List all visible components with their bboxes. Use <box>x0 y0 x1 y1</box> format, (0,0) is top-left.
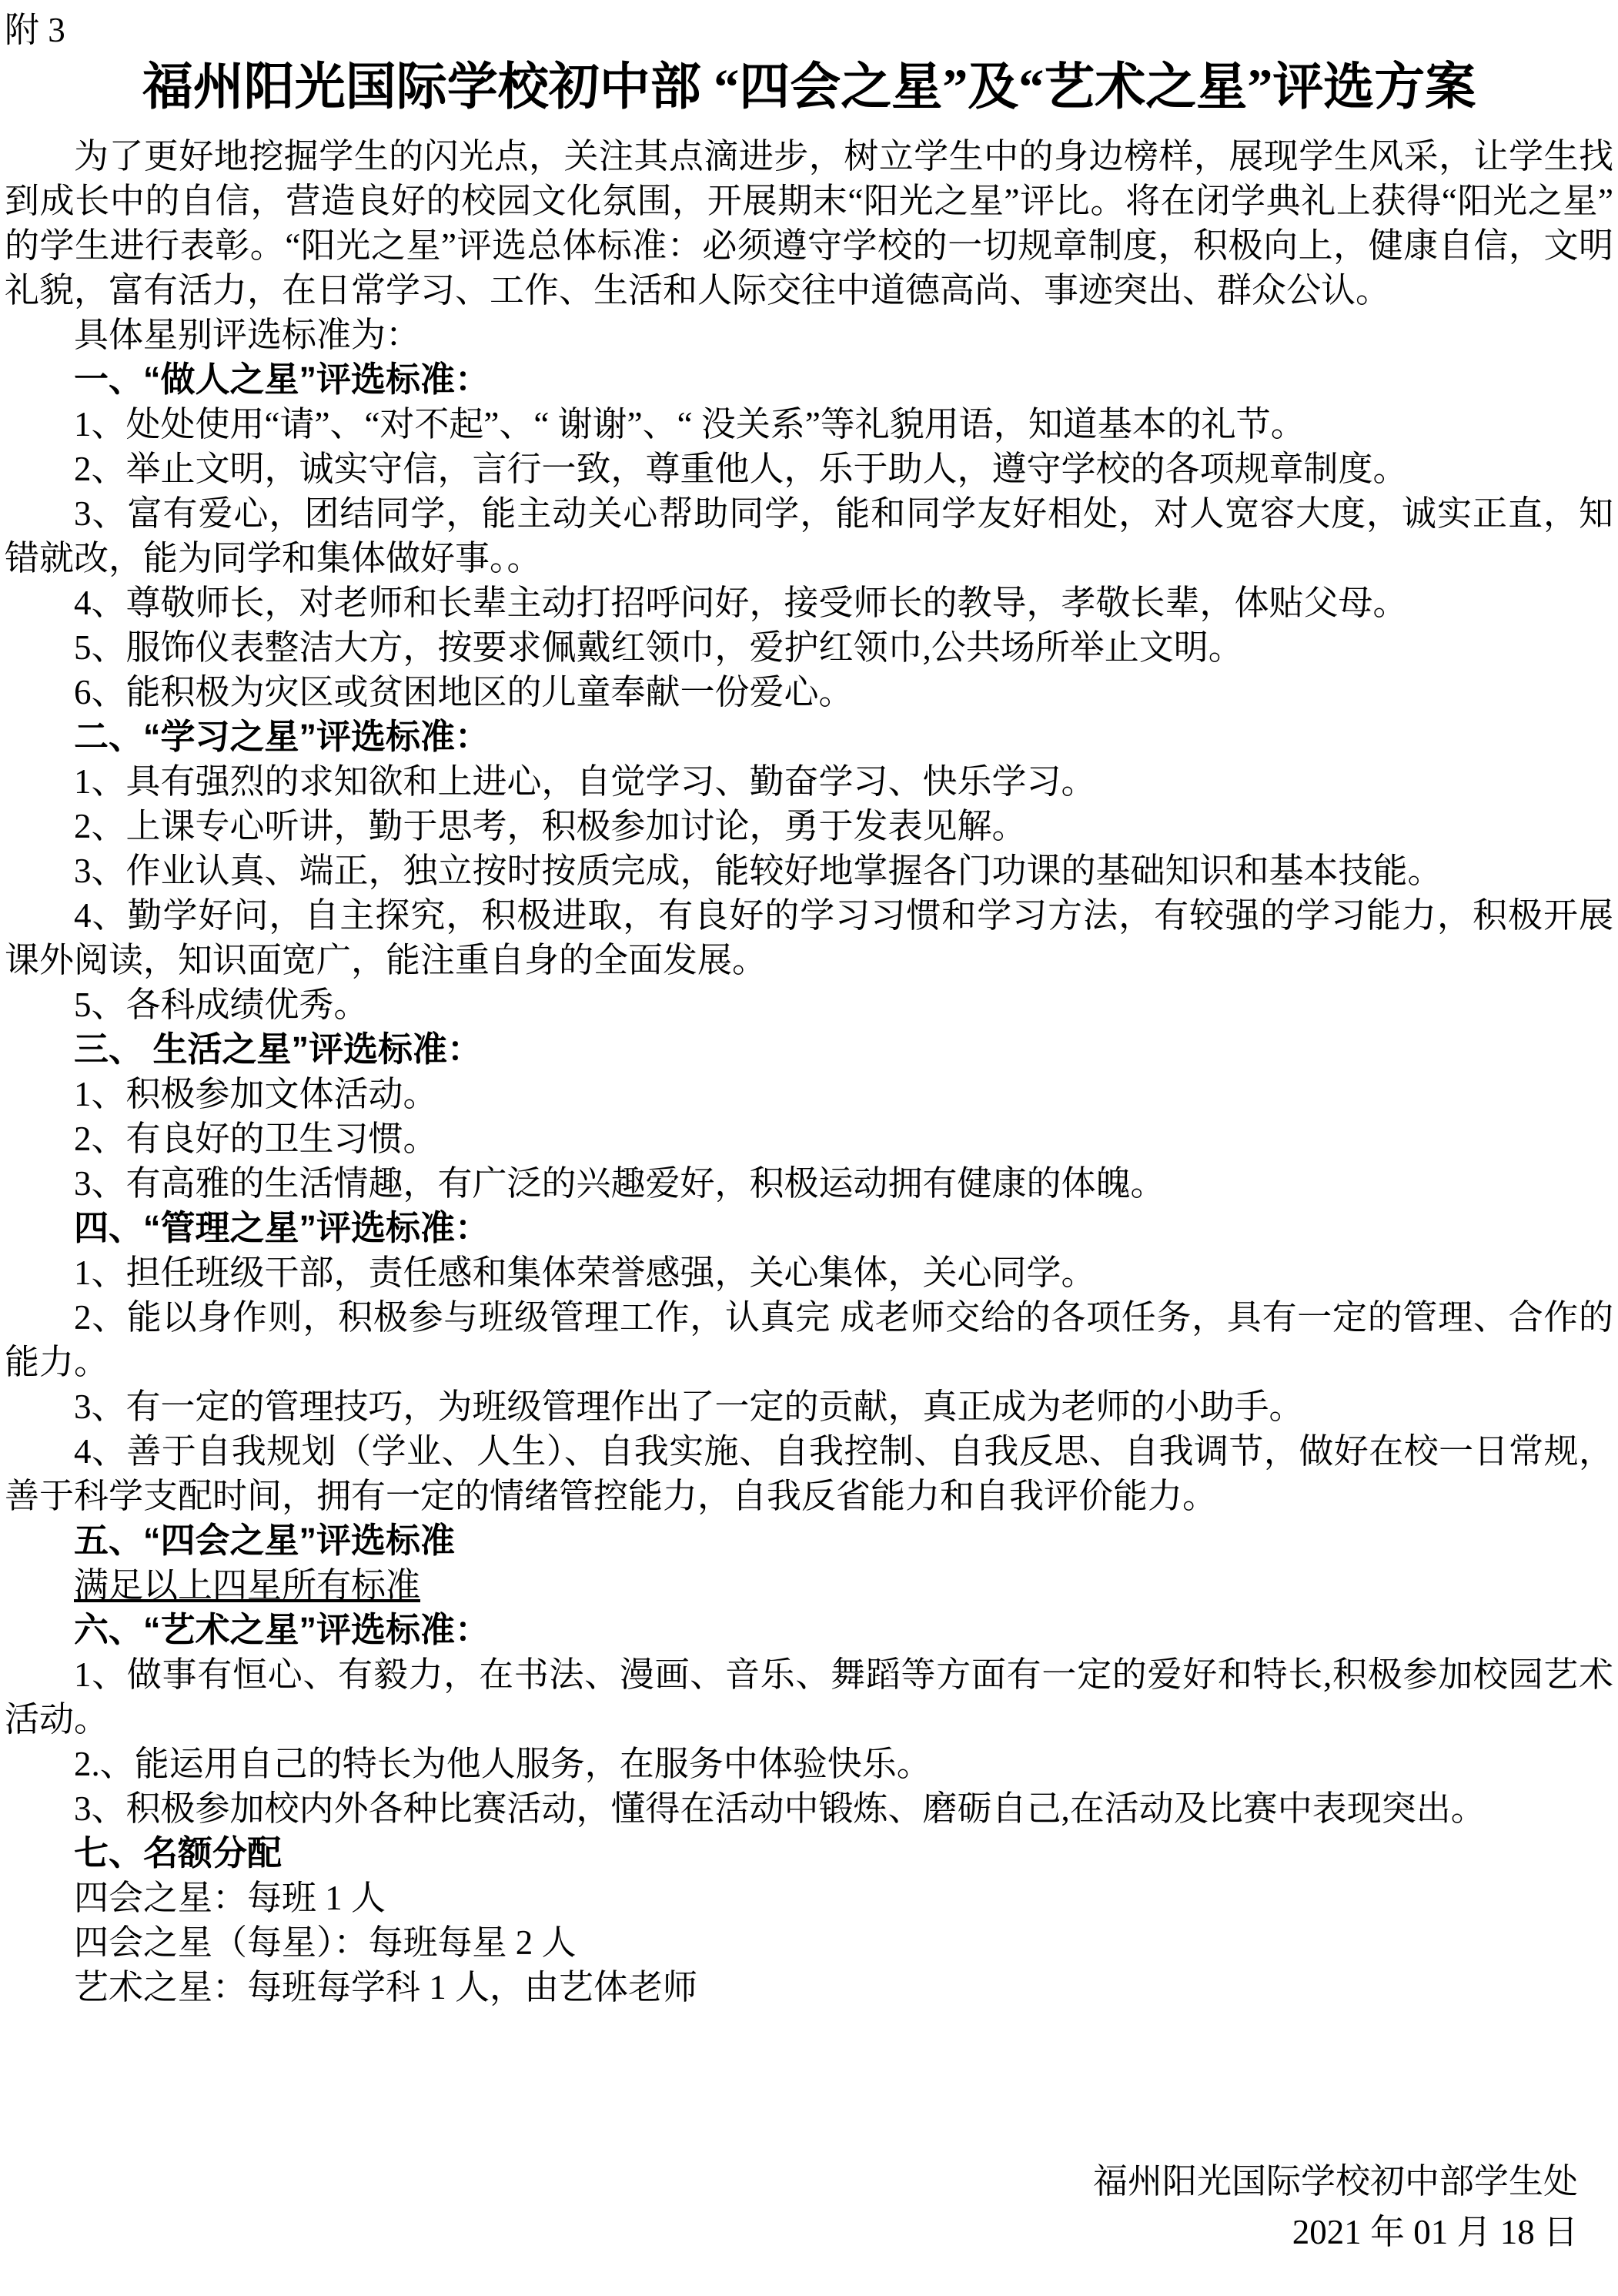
section-3-item-1: 1、积极参加文体活动。 <box>5 1072 1613 1116</box>
section-4-heading: 四、“管理之星”评选标准： <box>5 1206 1613 1250</box>
page-title: 福州阳光国际学校初中部 “四会之星”及“艺术之星”评选方案 <box>5 54 1613 122</box>
section-6-item-2: 2.、能运用自己的特长为他人服务，在服务中体验快乐。 <box>5 1742 1613 1786</box>
section-6-item-1: 1、做事有恒心、有毅力，在书法、漫画、音乐、舞蹈等方面有一定的爱好和特长,积极参… <box>5 1652 1613 1742</box>
section-1-item-5: 5、服饰仪表整洁大方，按要求佩戴红领巾，爱护红领巾,公共场所举止文明。 <box>5 625 1613 670</box>
section-1-item-1: 1、处处使用“请”、“对不起”、“ 谢谢”、“ 没关系”等礼貌用语，知道基本的礼… <box>5 402 1613 447</box>
section-2-item-3: 3、作业认真、端正，独立按时按质完成，能较好地掌握各门功课的基础知识和基本技能。 <box>5 848 1613 893</box>
section-5-note: 满足以上四星所有标准 <box>5 1563 1613 1608</box>
section-4-item-4: 4、善于自我规划（学业、人生）、自我实施、自我控制、自我反思、自我调节，做好在校… <box>5 1429 1613 1518</box>
intro-paragraph: 为了更好地挖掘学生的闪光点，关注其点滴进步，树立学生中的身边榜样，展现学生风采，… <box>5 134 1613 313</box>
section-3-heading: 三、 生活之星”评选标准： <box>5 1027 1613 1072</box>
section-6-item-3: 3、积极参加校内外各种比赛活动，懂得在活动中锻炼、磨砺自己,在活动及比赛中表现突… <box>5 1786 1613 1831</box>
section-2-heading: 二、“学习之星”评选标准： <box>5 715 1613 759</box>
criteria-lead: 具体星别评选标准为： <box>5 313 1613 357</box>
allocation-line-2: 四会之星（每星）：每班每星 2 人 <box>5 1920 1613 1965</box>
section-1-item-2: 2、举止文明，诚实守信，言行一致，尊重他人，乐于助人，遵守学校的各项规章制度。 <box>5 447 1613 491</box>
section-1-item-4: 4、尊敬师长，对老师和长辈主动打招呼问好，接受师长的教导，孝敬长辈，体贴父母。 <box>5 581 1613 625</box>
section-4-item-3: 3、有一定的管理技巧，为班级管理作出了一定的贡献，真正成为老师的小助手。 <box>5 1384 1613 1429</box>
signature-date: 2021 年 01 月 18 日 <box>5 2207 1578 2258</box>
section-4-item-2: 2、能以身作则，积极参与班级管理工作，认真完 成老师交给的各项任务，具有一定的管… <box>5 1295 1613 1384</box>
section-7-heading: 七、名额分配 <box>5 1831 1613 1876</box>
section-1-heading: 一、“做人之星”评选标准： <box>5 357 1613 402</box>
allocation-line-1: 四会之星：每班 1 人 <box>5 1876 1613 1920</box>
section-1-item-6: 6、能积极为灾区或贫困地区的儿童奉献一份爱心。 <box>5 670 1613 715</box>
section-2-item-1: 1、具有强烈的求知欲和上进心，自觉学习、勤奋学习、快乐学习。 <box>5 759 1613 804</box>
section-2-item-4: 4、勤学好问，自主探究，积极进取，有良好的学习习惯和学习方法，有较强的学习能力，… <box>5 893 1613 982</box>
signature-org: 福州阳光国际学校初中部学生处 <box>5 2156 1578 2207</box>
section-3-item-2: 2、有良好的卫生习惯。 <box>5 1116 1613 1161</box>
section-6-heading: 六、“艺术之星”评选标准： <box>5 1608 1613 1652</box>
document-page: 附 3 福州阳光国际学校初中部 “四会之星”及“艺术之星”评选方案 为了更好地挖… <box>0 0 1618 2296</box>
section-1-item-3: 3、富有爱心，团结同学，能主动关心帮助同学，能和同学友好相处，对人宽容大度，诚实… <box>5 491 1613 581</box>
signature-block: 福州阳光国际学校初中部学生处 2021 年 01 月 18 日 <box>5 2156 1613 2258</box>
attachment-label: 附 3 <box>5 8 1613 52</box>
section-4-item-1: 1、担任班级干部，责任感和集体荣誉感强，关心集体，关心同学。 <box>5 1250 1613 1295</box>
section-2-item-2: 2、上课专心听讲，勤于思考，积极参加讨论，勇于发表见解。 <box>5 804 1613 848</box>
section-3-item-3: 3、有高雅的生活情趣，有广泛的兴趣爱好，积极运动拥有健康的体魄。 <box>5 1161 1613 1206</box>
section-5-heading: 五、“四会之星”评选标准 <box>5 1518 1613 1563</box>
section-2-item-5: 5、各科成绩优秀。 <box>5 982 1613 1027</box>
allocation-line-3: 艺术之星：每班每学科 1 人，由艺体老师 <box>5 1965 1613 2010</box>
